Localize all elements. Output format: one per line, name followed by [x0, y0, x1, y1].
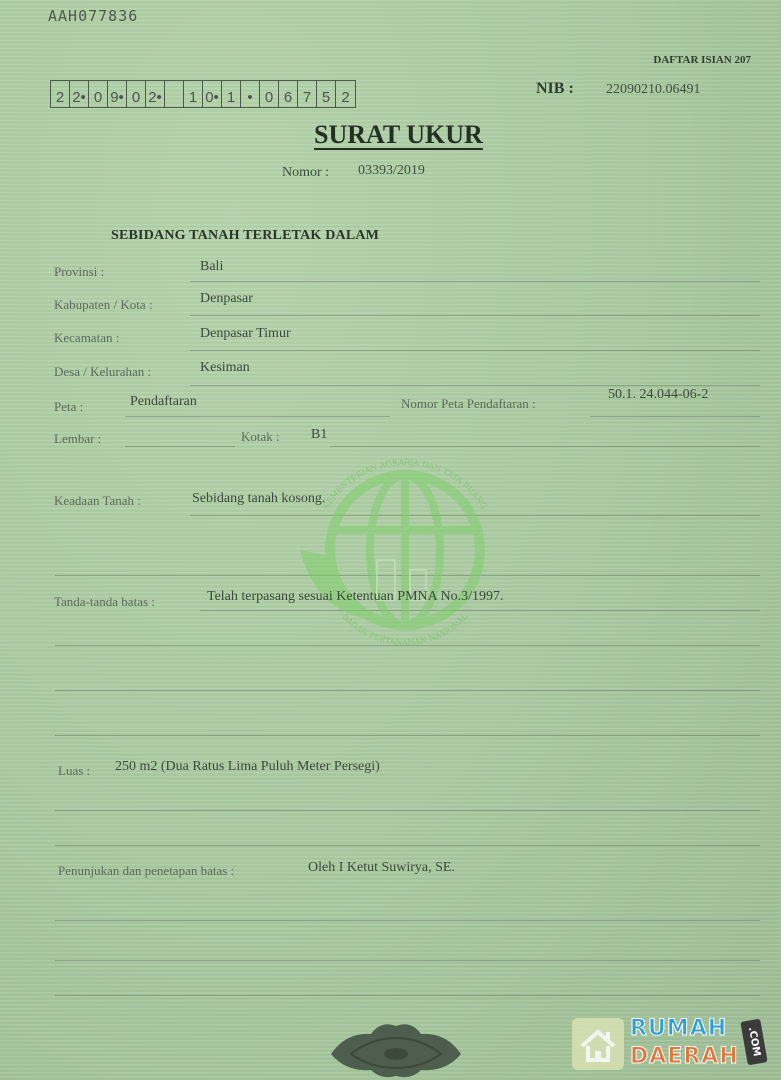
code-cell [165, 81, 184, 107]
luas-value: 250 m2 (Dua Ratus Lima Puluh Meter Perse… [115, 759, 380, 775]
keadaan-tanah-label: Keadaan Tanah : [54, 493, 141, 509]
kecamatan-label: Kecamatan : [54, 330, 119, 346]
keadaan-tanah-value: Sebidang tanah kosong. [192, 491, 325, 507]
kecamatan-value: Denpasar Timur [200, 326, 291, 342]
peta-value: Pendaftaran [130, 394, 197, 410]
luas-label: Luas : [58, 763, 90, 779]
kotak-label: Kotak : [241, 429, 280, 445]
code-cell: 6 [279, 81, 298, 107]
kotak-value: B1 [311, 427, 327, 443]
code-cell: 2 [51, 81, 70, 107]
nib-label: NIB : [536, 80, 574, 98]
kabupaten-label: Kabupaten / Kota : [54, 297, 153, 313]
provinsi-label: Provinsi : [54, 264, 104, 280]
rumahdaerah-logo: RUMAH DAERAH .COM [572, 1016, 772, 1076]
brand-suffix: .COM [740, 1019, 767, 1066]
code-cell: • [241, 81, 260, 107]
nomor-peta-label: Nomor Peta Pendaftaran : [401, 396, 536, 412]
code-cell: 2• [146, 81, 165, 107]
tanda-batas-value: Telah terpasang sesuai Ketentuan PMNA No… [207, 589, 503, 605]
code-cell: 9• [108, 81, 127, 107]
code-cell: 0 [260, 81, 279, 107]
serial-number: AAH077836 [48, 7, 138, 25]
code-cell: 0• [203, 81, 222, 107]
penunjukan-value: Oleh I Ketut Suwirya, SE. [308, 860, 455, 876]
nomor-value: 03393/2019 [358, 163, 425, 179]
code-cell: 0 [89, 81, 108, 107]
code-cell: 1 [222, 81, 241, 107]
code-box: 2 2• 0 9• 0 2• 1 0• 1 • 0 6 7 5 2 [50, 80, 356, 108]
document-title: SURAT UKUR [314, 120, 483, 150]
nomor-peta-value: 50.1. 24.044-06-2 [608, 387, 708, 403]
code-cell: 7 [298, 81, 317, 107]
code-cell: 2• [70, 81, 89, 107]
form-code: DAFTAR ISIAN 207 [653, 54, 751, 66]
lembar-label: Lembar : [54, 431, 101, 447]
nib-value: 22090210.06491 [606, 82, 701, 98]
desa-label: Desa / Kelurahan : [54, 364, 151, 380]
security-seal-icon [326, 1012, 466, 1080]
code-cell: 2 [336, 81, 355, 107]
desa-value: Kesiman [200, 360, 250, 376]
section-heading: SEBIDANG TANAH TERLETAK DALAM [111, 228, 379, 244]
provinsi-value: Bali [200, 259, 223, 275]
penunjukan-label: Penunjukan dan penetapan batas : [58, 863, 234, 879]
nomor-label: Nomor : [282, 165, 329, 181]
kabupaten-value: Denpasar [200, 291, 253, 307]
house-icon [572, 1018, 624, 1070]
code-cell: 5 [317, 81, 336, 107]
code-cell: 1 [184, 81, 203, 107]
peta-label: Peta : [54, 399, 83, 415]
code-cell: 0 [127, 81, 146, 107]
brand-line-2: DAERAH [630, 1044, 739, 1069]
brand-line-1: RUMAH [630, 1016, 727, 1041]
tanda-batas-label: Tanda-tanda batas : [54, 594, 155, 610]
bpn-emblem-watermark: KEMENTERIAN AGRARIA DAN TATA RUANG BADAN… [285, 440, 525, 660]
